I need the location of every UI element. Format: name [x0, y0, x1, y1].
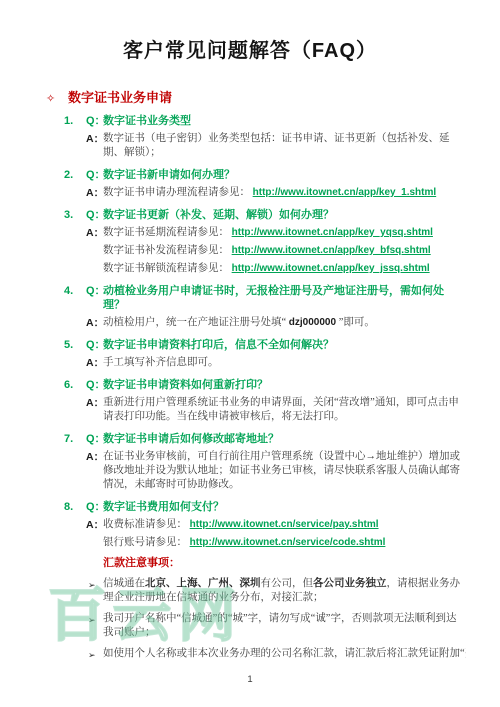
answer-text: 重新进行用户管理系统证书业务的申请界面，关闭“营改增”通知，即可点击申请表打印功… — [103, 396, 462, 424]
answer-prefix: 数字证书申请办理流程请参见： — [103, 187, 250, 198]
q-label: Q： — [86, 432, 103, 446]
link-bank-code[interactable]: http://www.itownet.cn/service/code.shtml — [190, 537, 386, 548]
answer-prefix: 数字证书解锁流程请参见： — [103, 263, 229, 274]
question-text: 数字证书业务类型 — [103, 114, 462, 128]
diamond-icon: ✧ — [46, 92, 68, 105]
document-title: 客户常见问题解答（FAQ） — [0, 34, 500, 63]
a-label: A： — [86, 396, 103, 424]
faq-answer-3-line2: 数字证书补发流程请参见： http://www.itownet.cn/app/k… — [86, 244, 462, 258]
question-text: 数字证书新申请如何办理？ — [103, 168, 462, 182]
a-label: A： — [86, 316, 103, 330]
a-label-spacer — [86, 262, 103, 276]
a-label: A： — [86, 518, 103, 532]
answer-text: 收费标准请参见： http://www.itownet.cn/service/p… — [103, 518, 462, 532]
q-label: Q： — [86, 168, 103, 182]
q-label: Q： — [86, 114, 103, 128]
a-label: A： — [86, 356, 103, 370]
remittance-bullet-1: ➢ 信城通在北京、上海、广州、深圳有公司，但各公司业务独立，请根据业务办理企业注… — [88, 577, 466, 605]
page-number: 1 — [0, 674, 500, 685]
faq-question-6: 6. Q： 数字证书申请资料如何重新打印？ — [64, 378, 462, 392]
link-key-apply[interactable]: http://www.itownet.cn/app/key_1.shtml — [253, 187, 437, 198]
bullet-bold-cities: 北京、上海、广州、深圳 — [145, 578, 261, 589]
faq-answer-6: A： 重新进行用户管理系统证书业务的申请界面，关闭“营改增”通知，即可点击申请表… — [86, 396, 462, 424]
faq-question-4: 4. Q： 动植检业务用户申请证书时，无报检注册号及产地证注册号，需如何处理？ — [64, 284, 462, 312]
link-pay[interactable]: http://www.itownet.cn/service/pay.shtml — [190, 519, 379, 530]
faq-question-5: 5. Q： 数字证书申请资料打印后，信息不全如何解决？ — [64, 338, 462, 352]
question-number: 5. — [64, 338, 86, 352]
answer-code: dzj000000 — [289, 317, 336, 328]
arrow-bullet-icon: ➢ — [88, 577, 103, 605]
answer-prefix: 收费标准请参见： — [103, 519, 187, 530]
answer-prefix: 银行账号请参见： — [103, 537, 187, 548]
remittance-bullet-3: ➢ 如使用个人名称或非本次业务办理的公司名称汇款，请汇款后将汇款凭证附加“费 — [88, 647, 466, 662]
a-label: A： — [86, 186, 103, 200]
answer-text: 数字证书（电子密钥）业务类型包括：证书申请、证书更新（包括补发、延期、解锁）； — [103, 132, 462, 160]
bullet-text: 信城通在北京、上海、广州、深圳有公司，但各公司业务独立，请根据业务办理企业注册地… — [103, 577, 466, 605]
faq-answer-3-line3: 数字证书解锁流程请参见： http://www.itownet.cn/app/k… — [86, 262, 462, 276]
faq-question-2: 2. Q： 数字证书新申请如何办理？ — [64, 168, 462, 182]
question-text: 数字证书申请资料如何重新打印？ — [103, 378, 462, 392]
answer-suffix: ”即可。 — [339, 317, 375, 328]
answer-text: 在证书业务审核前，可自行前往用户管理系统（设置中心→地址维护）增加或修改地址并设… — [103, 450, 462, 492]
faq-answer-8-line1: A： 收费标准请参见： http://www.itownet.cn/servic… — [86, 518, 462, 532]
link-key-unlock[interactable]: http://www.itownet.cn/app/key_jssq.shtml — [232, 263, 430, 274]
faq-answer-5: A： 手工填写补齐信息即可。 — [86, 356, 462, 370]
a-label-spacer — [86, 244, 103, 258]
q-label: Q： — [86, 378, 103, 392]
question-number: 4. — [64, 284, 86, 312]
faq-question-3: 3. Q： 数字证书更新（补发、延期、解锁）如何办理？ — [64, 208, 462, 222]
answer-text: 数字证书补发流程请参见： http://www.itownet.cn/app/k… — [103, 244, 462, 258]
a-label: A： — [86, 226, 103, 240]
a-label-spacer — [86, 536, 103, 550]
question-text: 数字证书申请后如何修改邮寄地址？ — [103, 432, 462, 446]
faq-answer-2: A： 数字证书申请办理流程请参见： http://www.itownet.cn/… — [86, 186, 462, 200]
q-label: Q： — [86, 500, 103, 514]
question-number: 6. — [64, 378, 86, 392]
remittance-note-title: 汇款注意事项： — [103, 556, 462, 570]
q-label: Q： — [86, 208, 103, 222]
arrow-bullet-icon: ➢ — [88, 612, 103, 640]
answer-text: 银行账号请参见： http://www.itownet.cn/service/c… — [103, 536, 462, 550]
section-heading: ✧ 数字证书业务申请 — [46, 87, 500, 106]
remittance-bullet-2: ➢ 我司开户名称中“信城通”的“城”字，请勿写成“诚”字，否则款项无法顺利到达我… — [88, 612, 466, 640]
faq-answer-1: A： 数字证书（电子密钥）业务类型包括：证书申请、证书更新（包括补发、延期、解锁… — [86, 132, 462, 160]
question-number: 1. — [64, 114, 86, 128]
document-page: 百云网 客户常见问题解答（FAQ） ✧ 数字证书业务申请 1. Q： 数字证书业… — [0, 0, 500, 707]
question-text: 动植检业务用户申请证书时，无报检注册号及产地证注册号，需如何处理？ — [103, 284, 462, 312]
link-key-reissue[interactable]: http://www.itownet.cn/app/key_bfsq.shtml — [232, 245, 431, 256]
bullet-segment: 有公司，但 — [261, 578, 314, 589]
faq-answer-7: A： 在证书业务审核前，可自行前往用户管理系统（设置中心→地址维护）增加或修改地… — [86, 450, 462, 492]
link-key-extend[interactable]: http://www.itownet.cn/app/key_yqsq.shtml — [232, 227, 433, 238]
faq-question-7: 7. Q： 数字证书申请后如何修改邮寄地址？ — [64, 432, 462, 446]
faq-question-1: 1. Q： 数字证书业务类型 — [64, 114, 462, 128]
answer-prefix: 数字证书延期流程请参见： — [103, 227, 229, 238]
answer-text: 数字证书申请办理流程请参见： http://www.itownet.cn/app… — [103, 186, 462, 200]
faq-answer-8-line2: 银行账号请参见： http://www.itownet.cn/service/c… — [86, 536, 462, 550]
faq-question-8: 8. Q： 数字证书费用如何支付？ — [64, 500, 462, 514]
answer-prefix: 动植检用户，统一在产地证注册号处填“ — [103, 317, 286, 328]
question-text: 数字证书费用如何支付？ — [103, 500, 462, 514]
q-label: Q： — [86, 284, 103, 312]
answer-text: 数字证书解锁流程请参见： http://www.itownet.cn/app/k… — [103, 262, 462, 276]
arrow-bullet-icon: ➢ — [88, 647, 103, 662]
bullet-text: 我司开户名称中“信城通”的“城”字，请勿写成“诚”字，否则款项无法顺利到达我司账… — [103, 612, 466, 640]
question-number: 2. — [64, 168, 86, 182]
question-text: 数字证书更新（补发、延期、解锁）如何办理？ — [103, 208, 462, 222]
a-label: A： — [86, 450, 103, 492]
bullet-text: 如使用个人名称或非本次业务办理的公司名称汇款，请汇款后将汇款凭证附加“费 — [103, 647, 466, 662]
answer-text: 数字证书延期流程请参见： http://www.itownet.cn/app/k… — [103, 226, 462, 240]
answer-prefix: 数字证书补发流程请参见： — [103, 245, 229, 256]
q-label: Q： — [86, 338, 103, 352]
bullet-bold-independent: 各公司业务独立 — [313, 578, 387, 589]
faq-answer-4: A： 动植检用户，统一在产地证注册号处填“ dzj000000 ”即可。 — [86, 316, 462, 330]
section-title: 数字证书业务申请 — [68, 87, 172, 106]
answer-text: 动植检用户，统一在产地证注册号处填“ dzj000000 ”即可。 — [103, 316, 462, 330]
faq-answer-3-line1: A： 数字证书延期流程请参见： http://www.itownet.cn/ap… — [86, 226, 462, 240]
bullet-segment: 信城通在 — [103, 578, 145, 589]
question-number: 3. — [64, 208, 86, 222]
question-number: 8. — [64, 500, 86, 514]
question-number: 7. — [64, 432, 86, 446]
answer-text: 手工填写补齐信息即可。 — [103, 356, 462, 370]
a-label: A： — [86, 132, 103, 160]
question-text: 数字证书申请资料打印后，信息不全如何解决？ — [103, 338, 462, 352]
